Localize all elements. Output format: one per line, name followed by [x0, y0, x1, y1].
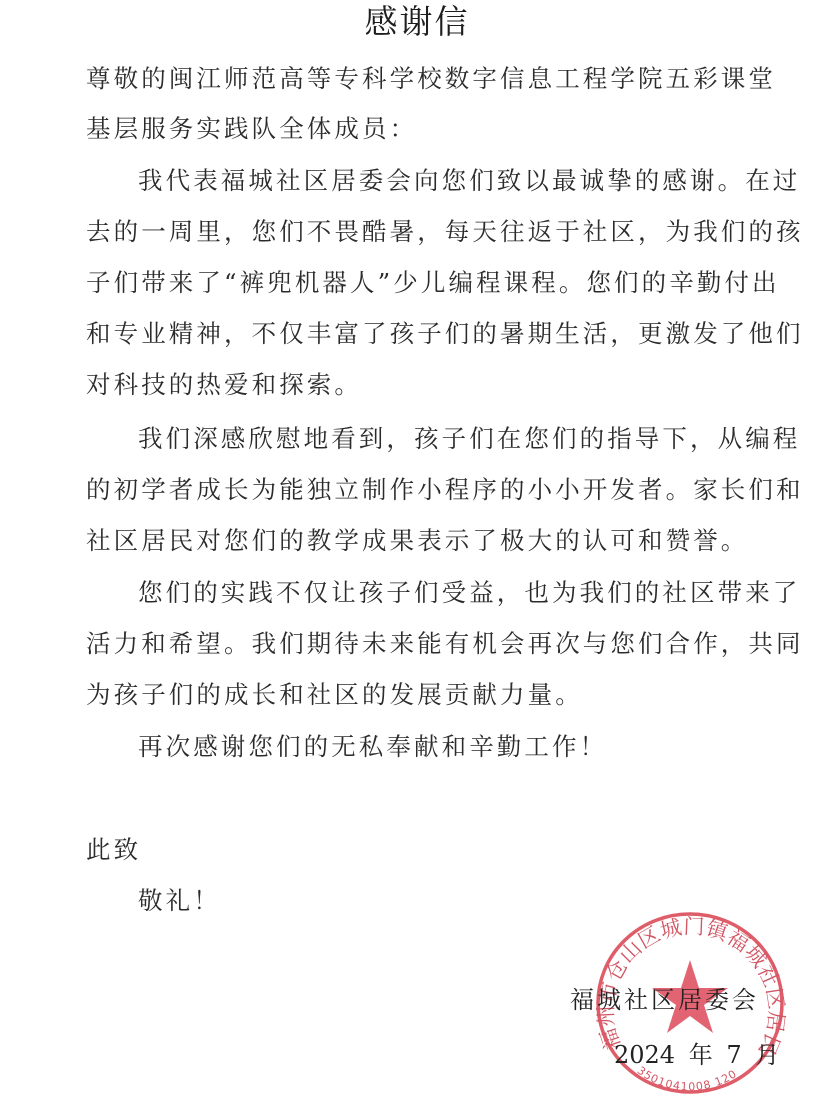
salutation-line-2: 基层服务实践队全体成员：	[86, 114, 417, 144]
paragraph-4-line-1: 再次感谢您们的无私奉献和辛勤工作！	[138, 732, 607, 762]
paragraph-1-line-5: 对科技的热爱和探索。	[86, 370, 362, 400]
paragraph-2-line-1: 我们深感欣慰地看到，孩子们在您们的指导下，从编程	[138, 424, 800, 454]
paragraph-3-line-3: 为孩子们的成长和社区的发展贡献力量。	[86, 680, 583, 710]
signature-organization: 福城社区居委会	[570, 985, 759, 1015]
paragraph-3-line-2: 活力和希望。我们期待未来能有机会再次与您们合作，共同	[86, 629, 804, 659]
paragraph-2-line-2: 的初学者成长为能独立制作小程序的小小开发者。家长们和	[86, 475, 804, 505]
letter-date: 2024 年 7 月	[614, 1040, 779, 1070]
closing-jing-li: 敬礼！	[138, 886, 221, 916]
paragraph-1-line-2: 去的一周里，您们不畏酷暑，每天往返于社区，为我们的孩	[86, 217, 804, 247]
paragraph-1-line-1: 我代表福城社区居委会向您们致以最诚挚的感谢。在过	[138, 166, 800, 196]
paragraph-3-line-1: 您们的实践不仅让孩子们受益，也为我们的社区带来了	[138, 578, 800, 608]
paragraph-2-line-3: 社区居民对您们的教学成果表示了极大的认可和赞誉。	[86, 526, 748, 556]
salutation-line-1: 尊敬的闽江师范高等专科学校数字信息工程学院五彩课堂	[86, 64, 776, 94]
paragraph-1-line-3: 子们带来了“裤兜机器人”少儿编程课程。您们的辛勤付出	[86, 268, 780, 298]
paragraph-1-line-4: 和专业精神，不仅丰富了孩子们的暑期生活，更激发了他们	[86, 319, 804, 349]
letter-title: 感谢信	[0, 0, 834, 44]
closing-ci-zhi: 此致	[86, 835, 141, 865]
